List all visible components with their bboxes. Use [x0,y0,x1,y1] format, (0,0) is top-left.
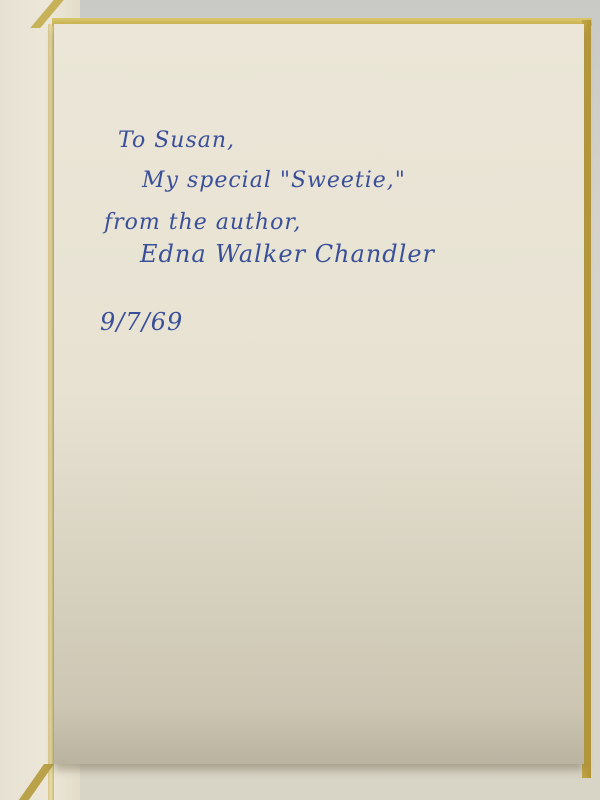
inscription-line-from: from the author, [104,210,301,235]
inscription-line-dedication: My special "Sweetie," [142,168,406,193]
author-signature: Edna Walker Chandler [140,240,435,268]
inscription-line-greeting: To Susan, [118,128,235,153]
inscription-date: 9/7/69 [100,308,183,336]
